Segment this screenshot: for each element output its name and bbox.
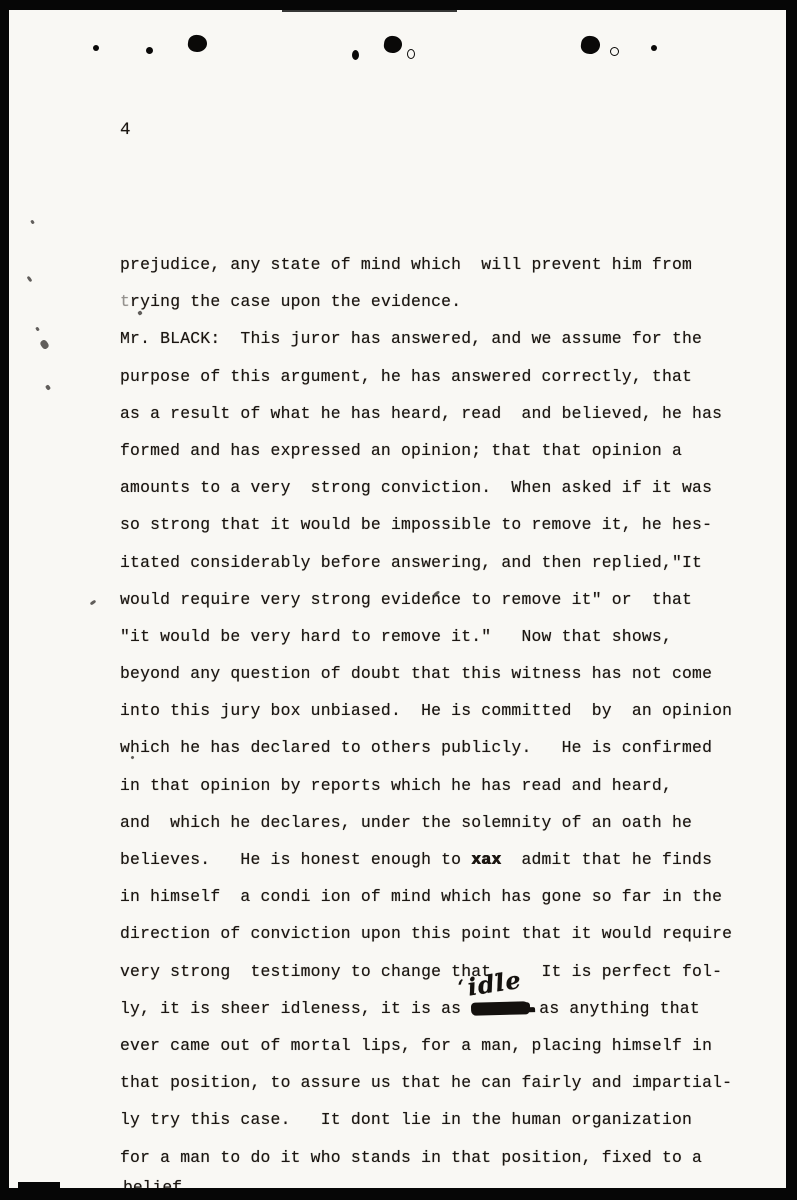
ink-spot (651, 45, 657, 51)
text-line: beyond any question of doubt that this w… (120, 655, 732, 692)
text-line: ly try this case. It dont lie in the hum… (120, 1101, 732, 1138)
text-segment: t (120, 292, 130, 311)
ink-spot (93, 45, 99, 51)
page-number: 4 (120, 120, 131, 140)
text-segment: Mr. BLACK: This juror has answered, and … (120, 329, 702, 348)
redaction-mark: idle (471, 1001, 529, 1016)
scan-border-left (0, 0, 9, 1200)
text-line: for a man to do it who stands in that po… (120, 1139, 732, 1176)
text-segment: prejudice, any state of mind which will … (120, 255, 692, 274)
ink-spot (407, 49, 415, 59)
text-line: direction of conviction upon this point … (120, 915, 732, 952)
text-line: in himself a condi ion of mind which has… (120, 878, 732, 915)
text-segment: formed and has expressed an opinion; tha… (120, 441, 682, 460)
text-segment: in that opinion by reports which he has … (120, 776, 672, 795)
text-line: very strong testimony to change that. It… (120, 953, 732, 990)
scan-border-right (786, 0, 797, 1200)
text-segment: as a result of what he has heard, read a… (120, 404, 722, 423)
text-line: and which he declares, under the solemni… (120, 804, 732, 841)
text-line: Mr. BLACK: This juror has answered, and … (120, 320, 732, 357)
text-line: formed and has expressed an opinion; tha… (120, 432, 732, 469)
transcript-text-block: prejudice, any state of mind which will … (120, 246, 732, 1176)
ink-spot (146, 47, 153, 54)
text-segment: and which he declares, under the solemni… (120, 813, 692, 832)
text-segment: into this jury box unbiased. He is commi… (120, 701, 732, 720)
text-segment: would require very strong evidence to re… (120, 590, 692, 609)
scan-border-bottom-notch (18, 1182, 60, 1190)
text-segment: for a man to do it who stands in that po… (120, 1148, 702, 1167)
text-line: purpose of this argument, he has answere… (120, 358, 732, 395)
text-segment: believes. He is honest enough to (120, 850, 471, 869)
text-line: "it would be very hard to remove it." No… (120, 618, 732, 655)
text-segment: amounts to a very strong conviction. Whe… (120, 478, 712, 497)
text-segment: which he has declared to others publicly… (120, 738, 712, 757)
text-segment: in himself a condi ion of mind which has… (120, 887, 722, 906)
text-segment: rying the case upon the evidence. (130, 292, 461, 311)
text-line: would require very strong evidence to re… (120, 581, 732, 618)
text-line: as a result of what he has heard, read a… (120, 395, 732, 432)
text-line: which he has declared to others publicly… (120, 729, 732, 766)
text-line: believes. He is honest enough to xax adm… (120, 841, 732, 878)
text-segment: that position, to assure us that he can … (120, 1073, 732, 1092)
text-segment: so strong that it would be impossible to… (120, 515, 712, 534)
text-segment: direction of conviction upon this point … (120, 924, 732, 943)
text-segment: very strong testimony to change that. It… (120, 962, 722, 981)
text-line: prejudice, any state of mind which will … (120, 246, 732, 283)
text-line: into this jury box unbiased. He is commi… (120, 692, 732, 729)
text-segment: ly try this case. It dont lie in the hum… (120, 1110, 692, 1129)
text-segment: "it would be very hard to remove it." No… (120, 627, 672, 646)
overtyped-strikeout: xax (471, 850, 501, 869)
text-line: ly, it is sheer idleness, it is as idle … (120, 990, 732, 1027)
scan-border-top-bump (282, 9, 457, 12)
text-line: so strong that it would be impossible to… (120, 506, 732, 543)
text-segment: beyond any question of doubt that this w… (120, 664, 712, 683)
text-segment: purpose of this argument, he has answere… (120, 367, 692, 386)
ink-spot (610, 47, 619, 56)
text-segment: admit that he finds (501, 850, 712, 869)
scan-border-bottom (0, 1188, 797, 1200)
text-line: trying the case upon the evidence. (120, 283, 732, 320)
text-segment: ly, it is sheer idleness, it is as (120, 999, 471, 1018)
ink-spot (352, 50, 359, 60)
text-line: that position, to assure us that he can … (120, 1064, 732, 1101)
text-line: itated considerably before answering, an… (120, 544, 732, 581)
text-line: in that opinion by reports which he has … (120, 767, 732, 804)
handwritten-idle-annotation: idle (459, 968, 524, 1004)
text-line: ever came out of mortal lips, for a man,… (120, 1027, 732, 1064)
text-segment: as anything that (529, 999, 700, 1018)
text-segment: itated considerably before answering, an… (120, 553, 702, 572)
text-line: amounts to a very strong conviction. Whe… (120, 469, 732, 506)
text-segment: ever came out of mortal lips, for a man,… (120, 1036, 712, 1055)
